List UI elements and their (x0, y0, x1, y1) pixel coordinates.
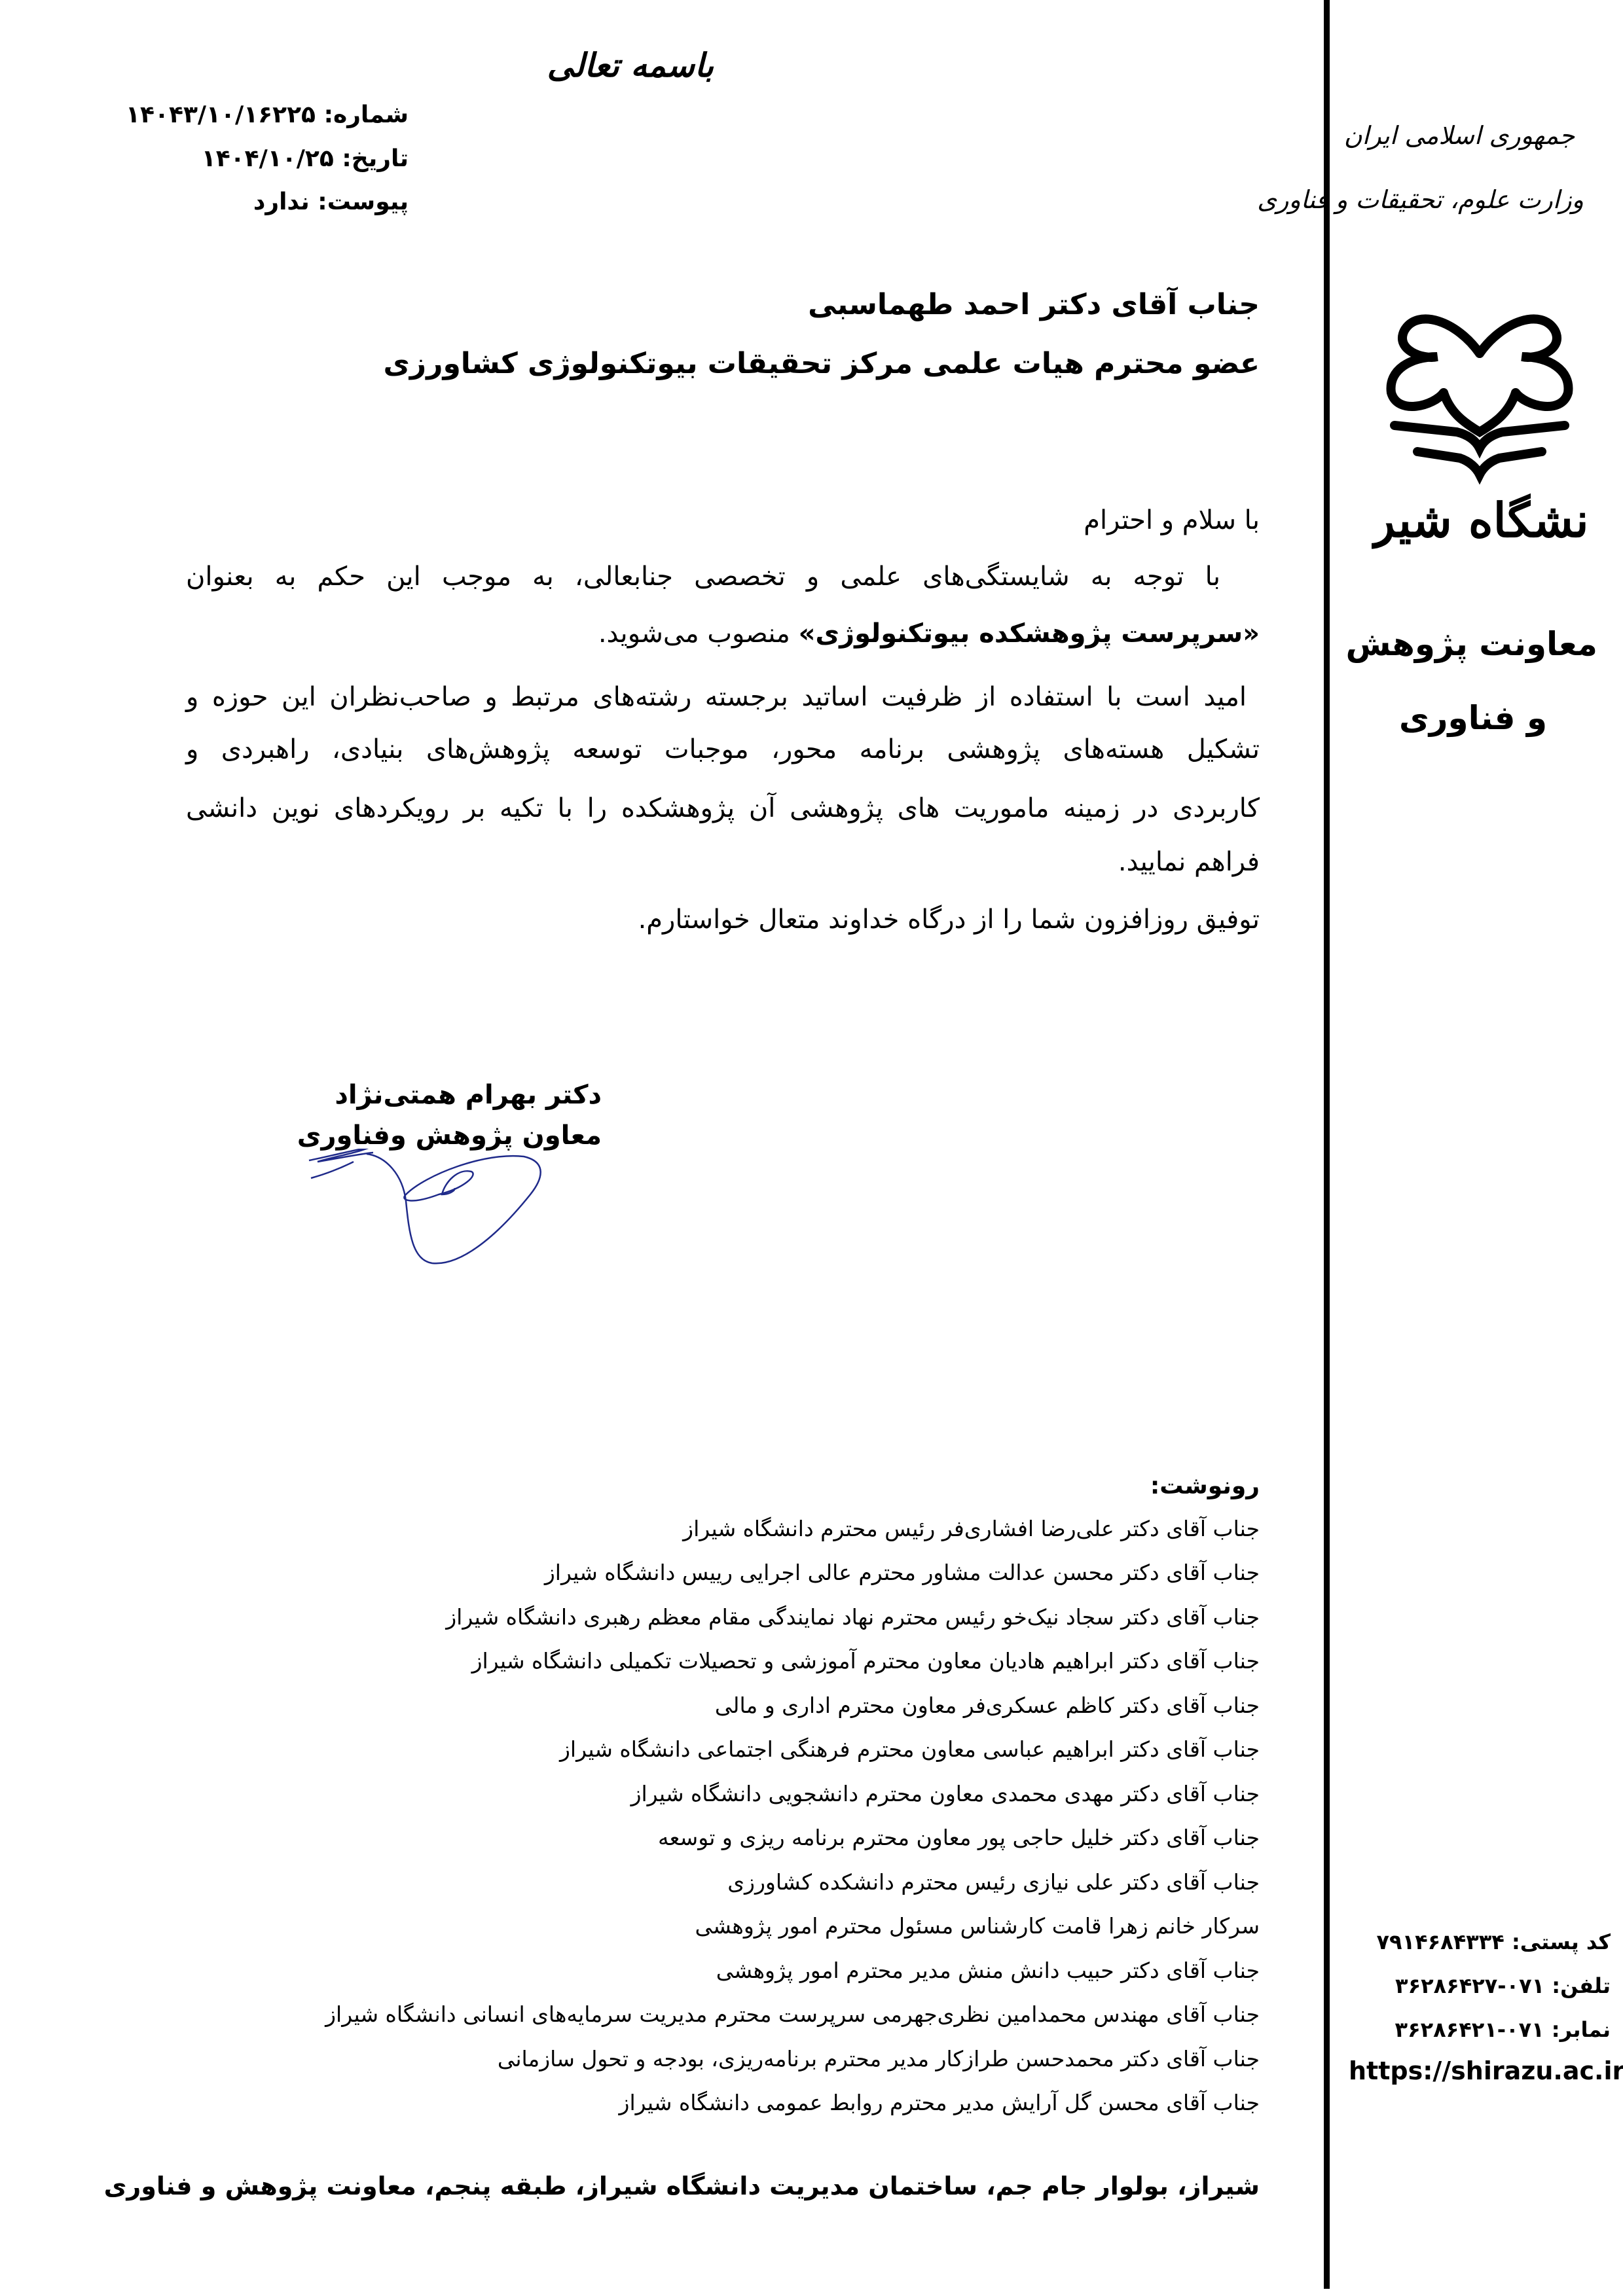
university-logo-icon: دانشگاه شیراز (1372, 295, 1588, 550)
cc-item: جناب آقای دکتر علی نیازی رئیس محترم دانش… (727, 1869, 1260, 1895)
department-title-line2: و فناوری (1349, 699, 1597, 737)
letter-attachment: پیوست: ندارد (253, 188, 409, 215)
cc-heading: رونوشت: (1150, 1473, 1260, 1499)
university-name: دانشگاه شیراز (1372, 492, 1588, 549)
fax-number: نمابر: ۰۷۱-۳۶۲۸۶۴۲۱ (1349, 2017, 1611, 2042)
cc-item: جناب آقای مهندس محمدامین نظری‌جهرمی سرپر… (325, 2001, 1260, 2027)
phone-label: تلفن: (1552, 1973, 1611, 1998)
margin-divider-line (1324, 0, 1330, 2289)
greeting: با سلام و احترام (1084, 505, 1260, 535)
body-line-4: تشکیل هسته‌های پژوهشی برنامه محور، موجبا… (186, 734, 1260, 764)
letter-date-label: تاریخ: (342, 145, 409, 172)
cc-item: جناب آقای دکتر محسن عدالت مشاور محترم عا… (545, 1560, 1260, 1585)
sidebar-ministry: وزارت علوم، تحقیقات و فناوری (1335, 185, 1584, 214)
department-title-line1: معاونت پژوهش (1349, 625, 1597, 663)
cc-item: جناب آقای محسن گل آرایش مدیر محترم روابط… (619, 2090, 1260, 2115)
cc-item: جناب آقای دکتر خلیل حاجی پور معاون محترم… (658, 1825, 1260, 1850)
postal-code-value: ۷۹۱۴۶۸۴۳۳۴ (1377, 1929, 1504, 1954)
cc-item: جناب آقای دکتر سجاد نیک‌خو رئیس محترم نه… (446, 1604, 1260, 1630)
body-line-2: «سرپرست پژوهشکده بیوتکنولوژی» منصوب می‌ش… (598, 619, 1260, 649)
cc-item: جناب آقای دکتر کاظم عسکری‌فر معاون محترم… (715, 1693, 1260, 1718)
appointment-title: «سرپرست پژوهشکده بیوتکنولوژی» (799, 619, 1260, 649)
letter-attachment-label: پیوست: (318, 188, 409, 215)
footer-address: شیراز، بولوار جام جم، ساختمان مدیریت دان… (196, 2172, 1260, 2200)
website-link[interactable]: https://shirazu.ac.ir (1349, 2056, 1611, 2085)
letter-number-value: ۱۴۰۴۳/۱۰/۱۶۲۲۵ (126, 101, 316, 128)
cc-item: جناب آقای دکتر ابراهیم عباسی معاون محترم… (560, 1736, 1260, 1762)
body-line-3: امید است با استفاده از ظرفیت اساتید برجس… (186, 682, 1260, 712)
phone-value: ۰۷۱-۳۶۲۸۶۴۲۷ (1395, 1973, 1544, 1998)
signatory-title: معاون پژوهش وفناوری (297, 1121, 602, 1151)
sidebar-country: جمهوری اسلامی ایران (1335, 121, 1584, 150)
letter-number: شماره: ۱۴۰۴۳/۱۰/۱۶۲۲۵ (126, 101, 409, 128)
closing-line: توفیق روزافزون شما را از درگاه خداوند مت… (638, 905, 1260, 935)
addressee-position: عضو محترم هیات علمی مرکز تحقیقات بیوتکنو… (383, 347, 1260, 380)
postal-code-label: کد پستی: (1512, 1929, 1611, 1954)
body-line-1: با توجه به شایستگی‌های علمی و تخصصی جناب… (186, 562, 1260, 592)
fax-value: ۰۷۱-۳۶۲۸۶۴۲۱ (1395, 2017, 1544, 2042)
fax-label: نمابر: (1552, 2017, 1611, 2042)
phone-number: تلفن: ۰۷۱-۳۶۲۸۶۴۲۷ (1349, 1973, 1611, 1998)
letter-date: تاریخ: ۱۴۰۴/۱۰/۲۵ (202, 145, 409, 172)
handwritten-signature-icon (308, 1149, 556, 1266)
cc-item: جناب آقای دکتر ابراهیم هادیان معاون محتر… (472, 1648, 1260, 1674)
cc-item: سرکار خانم زهرا قامت کارشناس مسئول محترم… (695, 1913, 1260, 1939)
letter-attachment-value: ندارد (253, 188, 310, 215)
invocation-heading: باسمه تعالی (602, 46, 714, 84)
postal-code: کد پستی: ۷۹۱۴۶۸۴۳۳۴ (1349, 1929, 1611, 1954)
cc-item: جناب آقای دکتر محمدحسن طرازکار مدیر محتر… (498, 2046, 1260, 2072)
body-line-5: کاربردی در زمینه ماموریت های پژوهشی آن پ… (186, 793, 1260, 823)
signatory-name: دکتر بهرام همتی‌نژاد (335, 1080, 602, 1110)
body-line-6: فراهم نمایید. (1118, 847, 1260, 877)
letter-date-value: ۱۴۰۴/۱۰/۲۵ (202, 145, 334, 172)
cc-item: جناب آقای دکتر علی‌رضا افشاری‌فر رئیس مح… (683, 1516, 1260, 1541)
addressee-name: جناب آقای دکتر احمد طهماسبی (808, 288, 1260, 321)
letter-number-label: شماره: (324, 101, 409, 128)
cc-item: جناب آقای دکتر حبیب دانش منش مدیر محترم … (716, 1958, 1260, 1983)
cc-item: جناب آقای دکتر مهدی محمدی معاون محترم دا… (631, 1781, 1260, 1806)
